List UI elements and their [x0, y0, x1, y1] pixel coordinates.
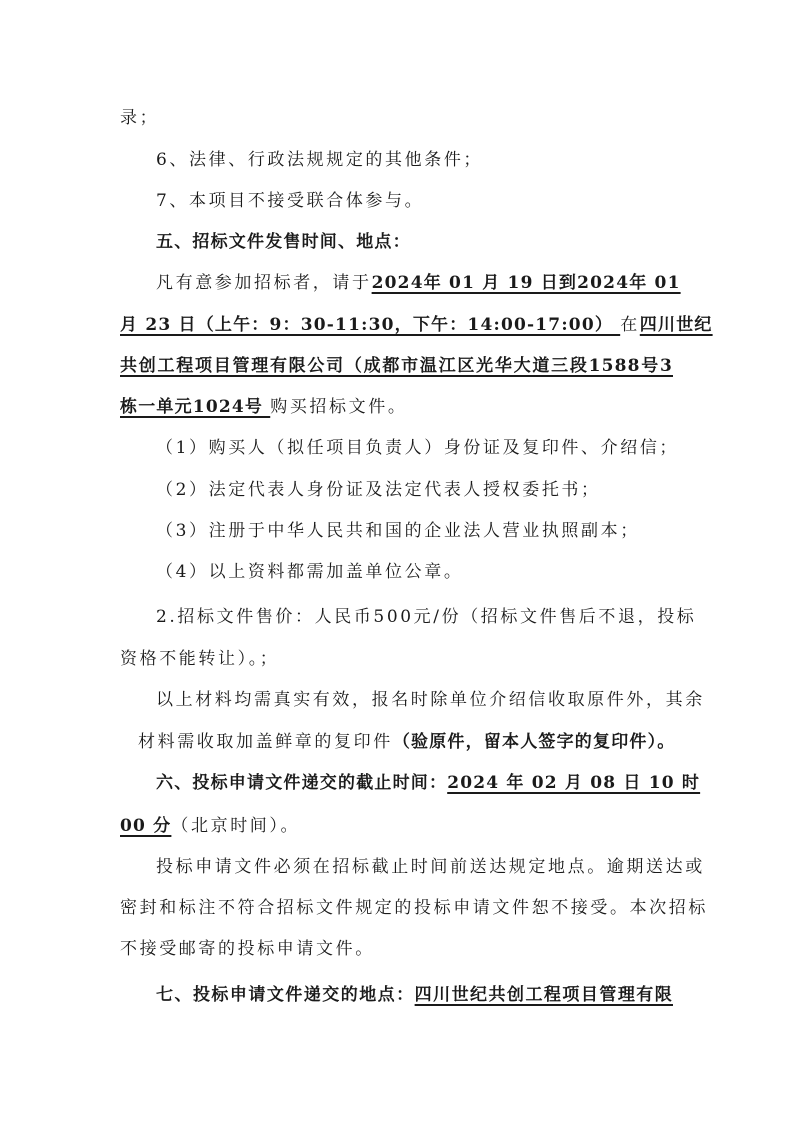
sale-location-start: 四川世纪: [640, 315, 713, 335]
price-line-1: 2.招标文件售价：人民币500元/份（招标文件售后不退，投标: [156, 602, 673, 632]
sale-period-start: 2024年 01 月 19 日到2024年 01: [372, 273, 681, 293]
heading-text: 七、投标申请文件递交的地点：: [156, 985, 415, 1005]
sale-hours: 月 23 日（上午：9：30-11:30，下午：14:00-17:00）: [120, 315, 620, 335]
price-line-2: 资格不能转让）。；: [120, 644, 673, 674]
submission-line-1: 投标申请文件必须在招标截止时间前送达规定地点。逾期送达或: [156, 852, 673, 882]
text: （1）购买人（拟任项目负责人）身份证及复印件、介绍信；: [156, 438, 679, 458]
heading-text: 五、招标文件发售时间、地点：: [156, 232, 411, 252]
text: 录；: [120, 108, 159, 128]
paragraph-continuation: 录；: [120, 103, 673, 133]
text: （3）注册于中华人民共和国的企业法人营业执照副本；: [156, 521, 640, 541]
document-page: 录； 6、法律、行政法规规定的其他条件； 7、本项目不接受联合体参与。 五、招标…: [0, 0, 794, 1123]
text: 投标申请文件必须在招标截止时间前送达规定地点。逾期送达或: [156, 857, 705, 877]
sale-location: 共创工程项目管理有限公司（成都市温江区光华大道三段1588号3: [120, 356, 673, 376]
text: 购买招标文件。: [270, 397, 407, 417]
timezone-note: （北京时间）。: [171, 816, 300, 836]
condition-item-6: 6、法律、行政法规规定的其他条件；: [156, 145, 673, 175]
materials-line-2: 材料需收取加盖鲜章的复印件（验原件，留本人签字的复印件）。: [138, 727, 673, 757]
text: 2.招标文件售价：人民币500元/份（招标文件售后不退，投标: [156, 607, 696, 627]
submission-location: 四川世纪共创工程项目管理有限: [415, 985, 673, 1005]
deadline-line-2: 00 分（北京时间）。: [120, 811, 673, 841]
heading-text: 六、投标申请文件递交的截止时间：: [156, 773, 447, 793]
text: 7、本项目不接受联合体参与。: [156, 191, 424, 211]
materials-note: （验原件，留本人签字的复印件）。: [393, 732, 676, 752]
deadline: 2024 年 02 月 08 日 10 时: [447, 773, 700, 793]
text: 材料需收取加盖鲜章的复印件: [138, 732, 393, 752]
text: 凡有意参加招标者，请于: [156, 273, 372, 293]
section-heading-6: 六、投标申请文件递交的截止时间：2024 年 02 月 08 日 10 时: [156, 768, 673, 798]
text: 资格不能转让）。；: [120, 649, 279, 669]
text: 以上材料均需真实有效，报名时除单位介绍信收取原件外，其余: [156, 690, 705, 710]
submission-line-2: 密封和标注不符合招标文件规定的投标申请文件恕不接受。本次招标: [120, 893, 673, 923]
sale-location-end: 栋一单元1024号: [120, 397, 270, 417]
section-heading-5: 五、招标文件发售时间、地点：: [156, 227, 673, 257]
submission-line-3: 不接受邮寄的投标申请文件。: [120, 934, 673, 964]
sale-time-line-2: 月 23 日（上午：9：30-11:30，下午：14:00-17:00） 在四川…: [120, 310, 673, 340]
sale-time-line-1: 凡有意参加招标者，请于2024年 01 月 19 日到2024年 01: [156, 268, 673, 298]
required-doc-2: （2）法定代表人身份证及法定代表人授权委托书；: [156, 475, 673, 505]
section-heading-7: 七、投标申请文件递交的地点：四川世纪共创工程项目管理有限: [156, 980, 673, 1010]
text: 6、法律、行政法规规定的其他条件；: [156, 150, 483, 170]
text: 密封和标注不符合招标文件规定的投标申请文件恕不接受。本次招标: [120, 898, 708, 918]
text: 不接受邮寄的投标申请文件。: [120, 939, 375, 959]
required-doc-4: （4）以上资料都需加盖单位公章。: [156, 557, 673, 587]
required-doc-1: （1）购买人（拟任项目负责人）身份证及复印件、介绍信；: [156, 433, 673, 463]
text: （2）法定代表人身份证及法定代表人授权委托书；: [156, 480, 601, 500]
sale-time-line-4: 栋一单元1024号 购买招标文件。: [120, 392, 673, 422]
deadline-end: 00 分: [120, 816, 171, 836]
materials-line-1: 以上材料均需真实有效，报名时除单位介绍信收取原件外，其余: [156, 685, 673, 715]
text: 在: [620, 315, 640, 335]
text: （4）以上资料都需加盖单位公章。: [156, 562, 463, 582]
required-doc-3: （3）注册于中华人民共和国的企业法人营业执照副本；: [156, 516, 673, 546]
condition-item-7: 7、本项目不接受联合体参与。: [156, 186, 673, 216]
sale-time-line-3: 共创工程项目管理有限公司（成都市温江区光华大道三段1588号3: [120, 351, 673, 381]
